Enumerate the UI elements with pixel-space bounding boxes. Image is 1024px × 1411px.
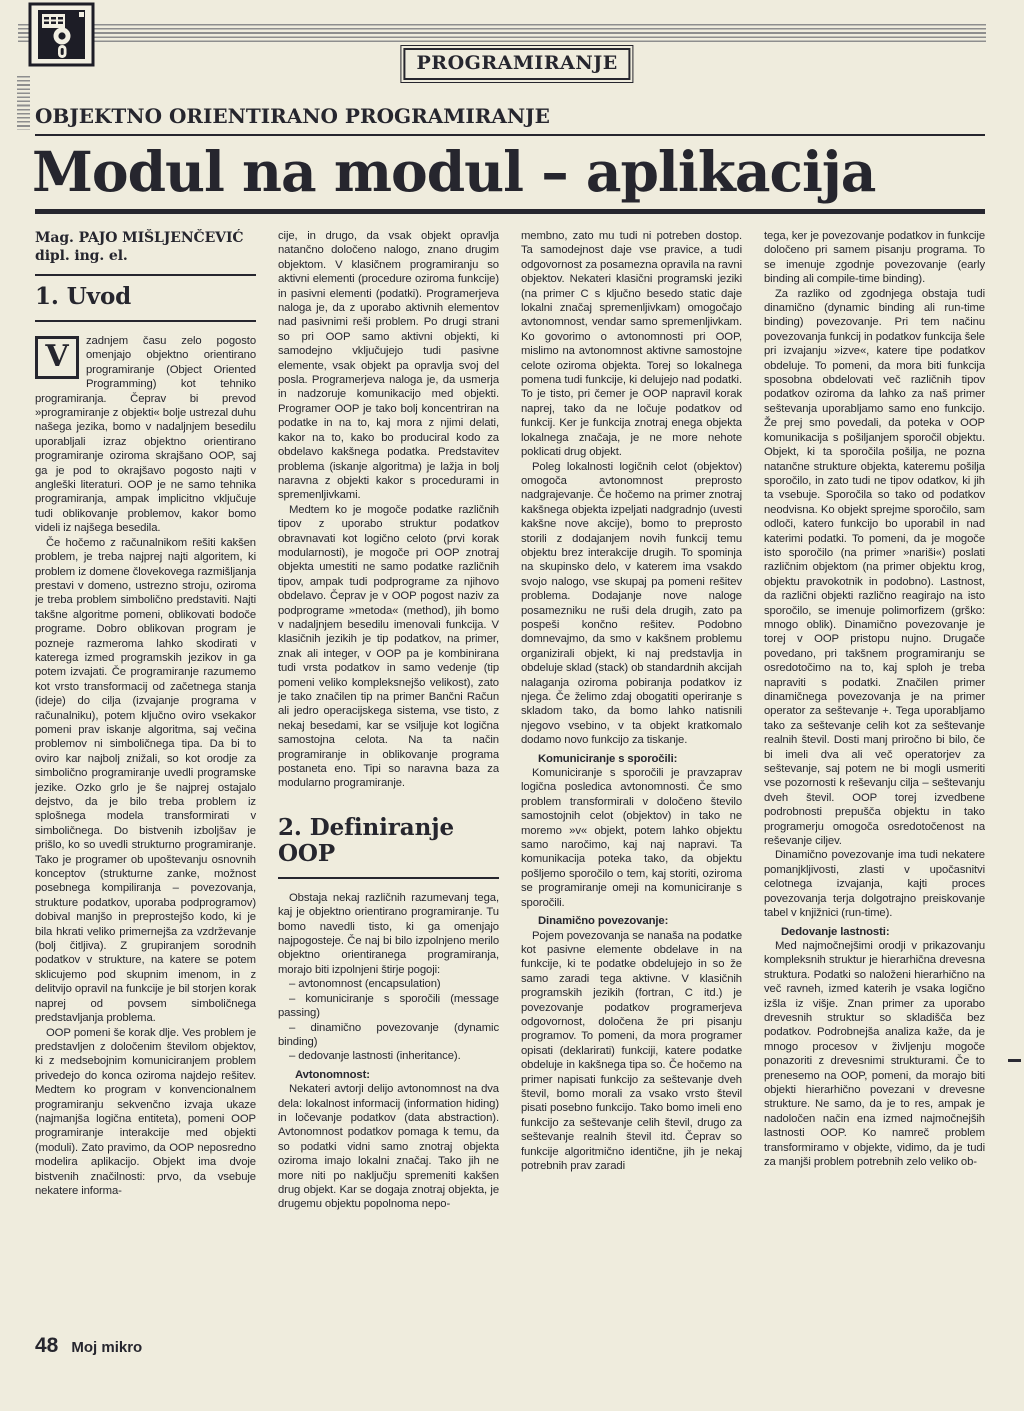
section-heading: 2. Definiranje OOP xyxy=(278,807,499,879)
kicker: OBJEKTNO ORIENTIRANO PROGRAMIRANJE xyxy=(35,104,550,128)
footer-magazine-name: Moj mikro xyxy=(71,1339,142,1356)
sub-heading: Komuniciranje s sporočili: xyxy=(521,752,742,766)
article-column-2: cije, in drugo, da vsak objekt opravlja … xyxy=(278,229,499,1335)
article-paragraph: Komuniciranje s sporočili je pravzaprav … xyxy=(521,766,742,910)
sub-heading: Dedovanje lastnosti: xyxy=(764,925,985,939)
article-paragraph: Pojem povezovanja se nanaša na podatke k… xyxy=(521,929,742,1174)
scan-artifact xyxy=(1008,1059,1021,1062)
drop-cap: V xyxy=(35,336,79,379)
article-paragraph: Obstaja nekaj različnih razumevanj tega,… xyxy=(278,891,499,977)
section-heading: 1. Uvod xyxy=(35,274,256,322)
kicker-rule xyxy=(35,134,985,136)
list-item: – dinamično povezovanje (dynamic binding… xyxy=(278,1021,499,1050)
section-label: PROGRAMIRANJE xyxy=(404,48,631,80)
list-item: – dedovanje lastnosti (inheritance). xyxy=(278,1049,499,1063)
title-rule xyxy=(35,209,985,214)
stripe-band xyxy=(18,24,986,44)
magazine-page: PROGRAMIRANJE OBJEKTNO ORIENTIRANO PROGR… xyxy=(0,0,1024,1411)
article-paragraph: Medtem ko je mogoče podatke različnih ti… xyxy=(278,503,499,791)
article-column-3: membno, zato mu tudi ni potreben dostop.… xyxy=(521,229,742,1335)
byline-line: dipl. ing. el. xyxy=(35,247,256,265)
page-footer: 48 Moj mikro xyxy=(35,1334,142,1358)
article-paragraph: Za razliko od zgodnjega obstaja tudi din… xyxy=(764,287,985,849)
list-item: – komuniciranje s sporočili (message pas… xyxy=(278,992,499,1021)
article-column-1: Mag. PAJO MIŠLJENČEVIĆdipl. ing. el.1. U… xyxy=(35,229,256,1335)
article-paragraph: membno, zato mu tudi ni potreben dostop.… xyxy=(521,229,742,460)
article-paragraph: Vzadnjem času zelo pogosto omenjajo obje… xyxy=(35,334,256,536)
list-item: – avtonomnost (encapsulation) xyxy=(278,977,499,991)
article-paragraph: OOP pomeni še korak dlje. Ves problem je… xyxy=(35,1026,256,1199)
article-paragraph: Če hočemo z računalnikom rešiti kakšen p… xyxy=(35,536,256,1026)
footer-page-number: 48 xyxy=(35,1334,58,1358)
article-column-4: tega, ker je povezovanje podatkov in fun… xyxy=(764,229,985,1335)
article-body: Mag. PAJO MIŠLJENČEVIĆdipl. ing. el.1. U… xyxy=(35,229,985,1335)
sub-heading: Dinamično povezovanje: xyxy=(521,914,742,928)
article-paragraph: tega, ker je povezovanje podatkov in fun… xyxy=(764,229,985,287)
article-paragraph: Poleg lokalnosti logičnih celot (objekto… xyxy=(521,460,742,748)
byline-line: Mag. PAJO MIŠLJENČEVIĆ xyxy=(35,229,256,247)
sub-heading: Avtonomnost: xyxy=(278,1068,499,1082)
page-title: Modul na modul – aplikacija xyxy=(32,139,875,204)
article-paragraph: Med najmočnejšimi orodji v prikazovanju … xyxy=(764,939,985,1170)
stripe-block xyxy=(17,76,30,130)
floppy-disk-icon xyxy=(28,2,98,68)
byline: Mag. PAJO MIŠLJENČEVIĆdipl. ing. el. xyxy=(35,229,256,265)
article-paragraph: cije, in drugo, da vsak objekt opravlja … xyxy=(278,229,499,503)
article-paragraph: Nekateri avtorji delijo avtonomnost na d… xyxy=(278,1082,499,1212)
article-paragraph: Dinamično povezovanje ima tudi nekatere … xyxy=(764,848,985,920)
